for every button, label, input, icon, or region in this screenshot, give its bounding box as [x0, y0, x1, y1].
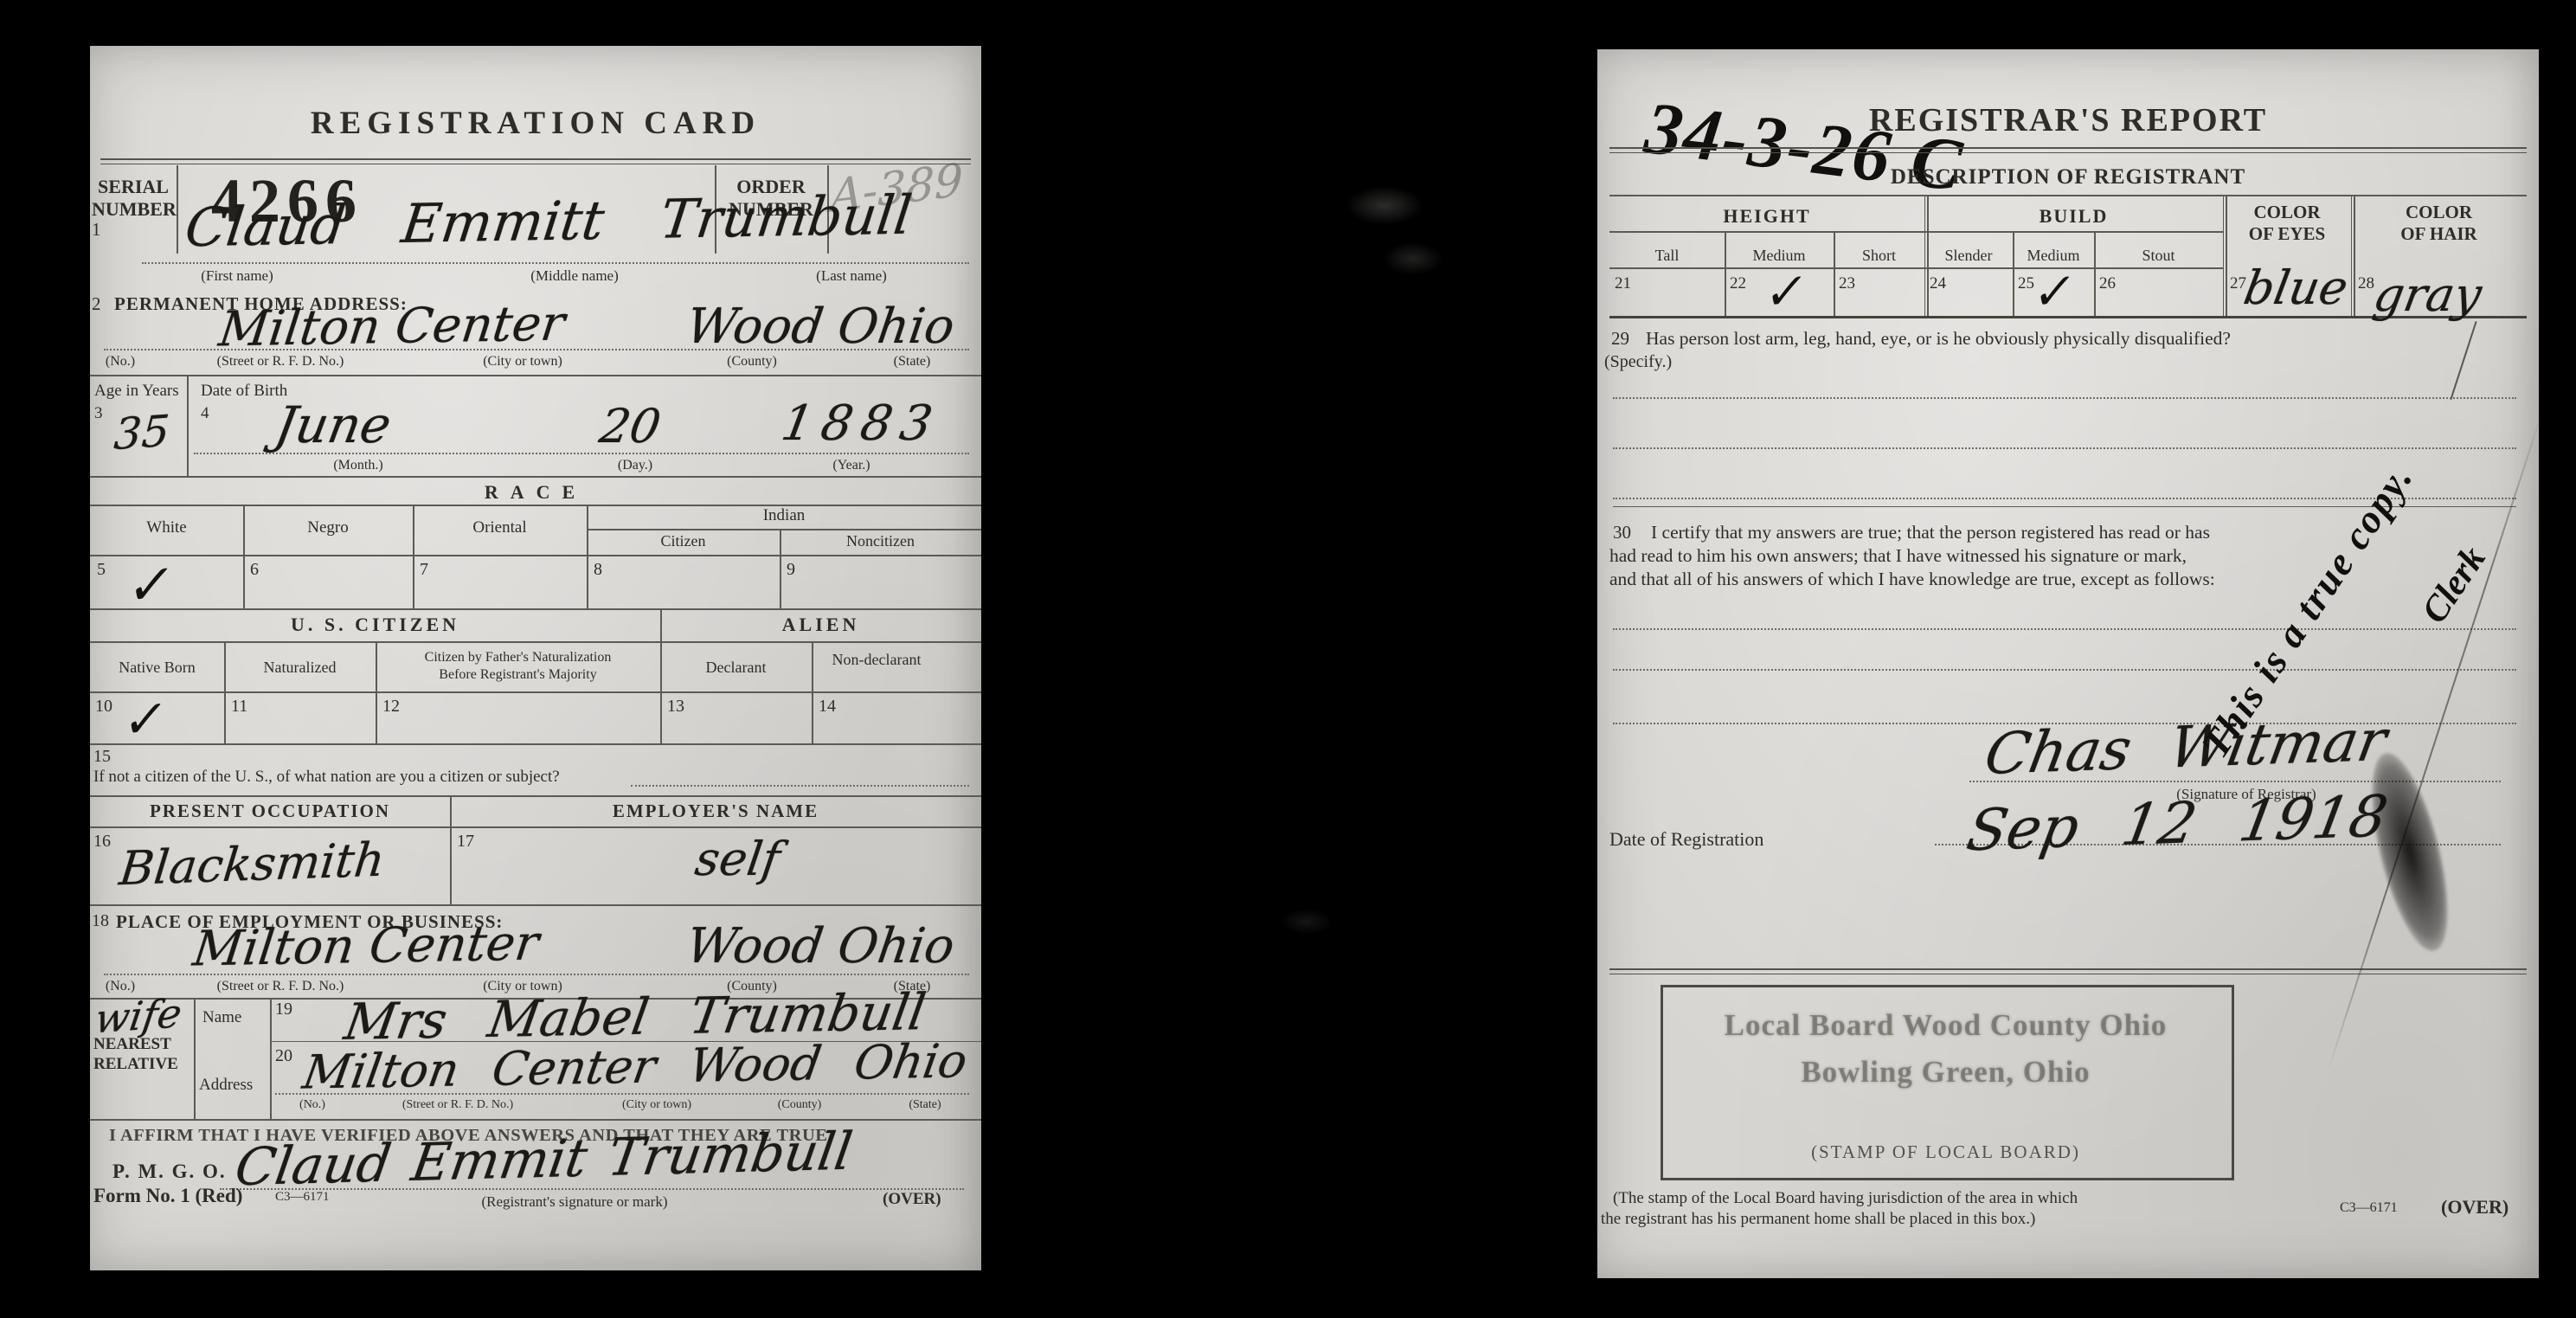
- dob-day-value: 20: [595, 399, 665, 453]
- name-writing-line: [142, 262, 969, 264]
- race-header: RACE: [90, 481, 981, 504]
- eyes-header: COLOR OF EYES: [2223, 202, 2351, 245]
- title-rule: [1609, 147, 2527, 153]
- hair-color-value: gray: [2369, 267, 2485, 322]
- alien-header: ALIEN: [660, 614, 981, 636]
- section-rule: [90, 375, 981, 376]
- citizen-labels-rule: [90, 691, 981, 693]
- local-board-stamp-line2: Bowling Green, Ohio: [1680, 1055, 2212, 1090]
- height-tall-label: Tall: [1609, 247, 1725, 265]
- blank-line: [1613, 397, 2516, 399]
- stamp-of-local-board-label: (STAMP OF LOCAL BOARD): [1680, 1141, 2212, 1163]
- relative-address-label: Address: [199, 1076, 253, 1095]
- sublabel-county: (County): [683, 354, 821, 370]
- q15-number: 15: [93, 747, 111, 767]
- q17-number: 17: [457, 832, 474, 852]
- race-indian-citizen-label: Citizen: [587, 532, 780, 550]
- naturalized-label: Naturalized: [224, 659, 376, 677]
- registrant-signature-caption: (Registrant's signature or mark): [376, 1193, 774, 1211]
- ink-smear: [2357, 746, 2464, 957]
- title-rule: [100, 158, 971, 164]
- build-slender-label: Slender: [1924, 247, 2013, 265]
- stamp-caption-line2: the registrant has his permanent home sh…: [1601, 1210, 2224, 1229]
- sublabel-state: (State): [877, 1098, 973, 1112]
- n26: 26: [2099, 274, 2116, 293]
- report-form-code: C3—6171: [2340, 1200, 2398, 1216]
- race-n6: 6: [250, 560, 259, 580]
- n23: 23: [1839, 274, 1855, 293]
- present-occupation-header: PRESENT OCCUPATION: [90, 800, 450, 822]
- native-born-checkmark: ✓: [120, 688, 171, 751]
- q20-number: 20: [275, 1046, 292, 1066]
- hair-header: COLOR OF HAIR: [2351, 202, 2527, 245]
- local-board-stamp-line1: Local Board Wood County Ohio: [1680, 1008, 2212, 1043]
- table-divider: [2094, 233, 2096, 318]
- table-divider: [1834, 233, 1835, 318]
- n22: 22: [1730, 274, 1746, 293]
- citizen-n13: 13: [667, 697, 684, 717]
- sublabel-day: (Day.): [575, 458, 696, 473]
- relative-divider: [194, 998, 196, 1119]
- sublabel-state: (State): [851, 354, 973, 370]
- registrars-report-card: REGISTRAR'S REPORT 34-3-26 C DESCRIPTION…: [1597, 49, 2539, 1278]
- relative-address-writing-line: [275, 1093, 969, 1095]
- height-medium-label: Medium: [1725, 247, 1834, 265]
- registration-card: REGISTRATION CARD SERIAL NUMBER 4266 ORD…: [90, 46, 981, 1270]
- n24: 24: [1930, 274, 1946, 293]
- build-stout-label: Stout: [2094, 247, 2223, 265]
- stamp-caption-line1: (The stamp of the Local Board having jur…: [1613, 1189, 2236, 1208]
- eye-color-value: blue: [2239, 260, 2352, 315]
- sublabel-year: (Year.): [782, 458, 921, 473]
- table-divider: [1725, 233, 1726, 318]
- card-title: REGISTRATION CARD: [90, 105, 981, 142]
- section-rule: [90, 476, 981, 478]
- report-over-label: (OVER): [2441, 1196, 2509, 1218]
- employment-place-county-state: Wood Ohio: [683, 918, 958, 974]
- n21: 21: [1615, 274, 1631, 293]
- citizen-n11: 11: [231, 697, 247, 717]
- over-label: (OVER): [883, 1190, 941, 1209]
- serial-label-line1: SERIAL: [92, 176, 175, 198]
- father-naturalization-line1: Citizen by Father's Naturalization: [376, 649, 660, 666]
- q29-text: Has person lost arm, leg, hand, eye, or …: [1646, 328, 2520, 350]
- q3-number: 3: [94, 404, 103, 423]
- sublabel-street: (Street or R. F. D. No.): [367, 1098, 549, 1112]
- stamp-section-rule: [1609, 968, 2527, 974]
- sublabel-month: (Month.): [289, 458, 427, 473]
- declarant-label: Declarant: [660, 659, 812, 677]
- citizen-n10: 10: [95, 697, 112, 717]
- indian-sub-rule: [587, 529, 981, 530]
- build-header: BUILD: [1924, 205, 2223, 228]
- n25: 25: [2018, 274, 2034, 293]
- race-negro-label: Negro: [243, 518, 413, 537]
- height-medium-checkmark: ✓: [1762, 262, 1811, 323]
- relative-name-label: Name: [202, 1008, 241, 1027]
- age-cell-rule: [187, 375, 189, 476]
- build-medium-checkmark: ✓: [2030, 262, 2079, 323]
- address-writing-line: [104, 349, 969, 350]
- eyes-header-line2: OF EYES: [2223, 223, 2351, 245]
- relative-divider: [270, 998, 272, 1119]
- nearest-label-line1: NEAREST: [93, 1034, 178, 1054]
- q16-number: 16: [93, 832, 111, 852]
- form-code: C3—6171: [275, 1190, 330, 1205]
- nearest-relative-label: NEAREST RELATIVE: [93, 1034, 178, 1074]
- race-n8: 8: [594, 560, 602, 580]
- employment-place-town: Milton Center: [190, 916, 543, 978]
- q2-number: 2: [92, 293, 101, 315]
- scan-smudge: [1383, 242, 1443, 275]
- employer-value: self: [692, 832, 784, 886]
- citizen-n14: 14: [819, 697, 836, 717]
- race-indian-noncitizen-label: Noncitizen: [780, 532, 981, 550]
- sublabel-city: (City or town): [440, 354, 605, 370]
- section-rule: [90, 904, 981, 906]
- q29-number: 29: [1611, 328, 1629, 350]
- race-oriental-label: Oriental: [413, 518, 587, 537]
- label-first-name: (First name): [142, 267, 332, 285]
- home-address-county-state: Wood Ohio: [683, 299, 958, 355]
- nearest-label-line2: RELATIVE: [93, 1054, 178, 1074]
- sublabel-city: (City or town): [592, 1098, 722, 1112]
- table-divider: [2013, 233, 2014, 318]
- q18-number: 18: [92, 911, 109, 931]
- build-medium-label: Medium: [2013, 247, 2094, 265]
- scan-smudge: [1281, 909, 1333, 935]
- eyes-header-line1: COLOR: [2223, 202, 2351, 223]
- age-value: 35: [112, 406, 171, 460]
- q18-writing-line: [104, 974, 969, 975]
- description-section-header: DESCRIPTION OF REGISTRANT: [1597, 165, 2539, 190]
- blank-line: [1613, 628, 2516, 630]
- occupation-value: Blacksmith: [117, 833, 388, 897]
- dob-label: Date of Birth: [201, 382, 287, 401]
- sublabel-rule: [1609, 267, 2223, 269]
- label-middle-name: (Middle name): [479, 267, 670, 285]
- nondeclarant-label: Non-declarant: [812, 651, 941, 668]
- description-table-top-rule: [1609, 195, 2527, 196]
- registrant-name-value: Claud Emmitt Trumbull: [128, 183, 968, 260]
- q30-line3: and that all of his answers of which I h…: [1609, 569, 2520, 590]
- citizen-n12: 12: [382, 697, 400, 717]
- q30-number: 30: [1613, 522, 1631, 543]
- race-bottom-rule: [90, 608, 981, 610]
- q19-number: 19: [275, 1000, 292, 1019]
- blank-line: [1613, 669, 2516, 671]
- signature-line: [220, 1188, 964, 1190]
- us-citizen-header: U. S. CITIZEN: [90, 614, 660, 636]
- sublabel-street: (Street or R. F. D. No.): [181, 354, 380, 370]
- hair-header-line2: OF HAIR: [2351, 223, 2527, 245]
- native-born-label: Native Born: [90, 659, 224, 677]
- date-of-registration-label: Date of Registration: [1609, 828, 1763, 851]
- occupation-header-rule: [90, 826, 981, 828]
- hair-header-line1: COLOR: [2351, 202, 2527, 223]
- pmgo-label: P. M. G. O.: [112, 1160, 227, 1183]
- race-white-label: White: [90, 518, 243, 537]
- sublabel-county: (County): [748, 1098, 851, 1112]
- q15-writing-line: [631, 785, 969, 787]
- father-naturalization-line2: Before Registrant's Majority: [376, 666, 660, 684]
- height-build-header-rule: [1609, 231, 2223, 233]
- race-n9: 9: [787, 560, 795, 580]
- n28: 28: [2358, 274, 2374, 293]
- q29-specify-label: (Specify.): [1604, 352, 1672, 372]
- height-short-label: Short: [1834, 247, 1924, 265]
- citizen-bottom-rule: [90, 743, 981, 745]
- scan-smudge: [1346, 186, 1423, 225]
- sublabel-no: (No.): [282, 1098, 343, 1112]
- label-last-name: (Last name): [756, 267, 947, 285]
- employers-name-header: EMPLOYER'S NAME: [450, 800, 981, 822]
- sublabel-no: (No.): [90, 354, 151, 370]
- q30-line2: had read to him his own answers; that I …: [1609, 545, 2520, 567]
- race-indian-label: Indian: [587, 506, 981, 525]
- scanned-draft-card-page: REGISTRATION CARD SERIAL NUMBER 4266 ORD…: [0, 0, 2576, 1318]
- race-n5: 5: [97, 560, 106, 580]
- father-naturalization-label: Citizen by Father's Naturalization Befor…: [376, 649, 660, 684]
- dob-writing-line: [194, 453, 969, 454]
- section-rule: [90, 795, 981, 797]
- q15-label: If not a citizen of the U. S., of what n…: [93, 768, 560, 787]
- q1-number: 1: [92, 219, 101, 241]
- blank-line: [1613, 447, 2516, 449]
- dob-year-value: 1883: [777, 395, 945, 452]
- race-labels-rule: [90, 555, 981, 556]
- age-label: Age in Years: [94, 382, 179, 401]
- section-rule: [90, 1119, 981, 1121]
- dob-month-value: June: [271, 395, 395, 454]
- race-n7: 7: [420, 560, 428, 580]
- height-header: HEIGHT: [1609, 205, 1924, 228]
- relative-address-value: Milton Center Wood Ohio: [292, 1033, 978, 1100]
- q4-number: 4: [201, 404, 209, 423]
- form-number-label: Form No. 1 (Red): [93, 1185, 242, 1207]
